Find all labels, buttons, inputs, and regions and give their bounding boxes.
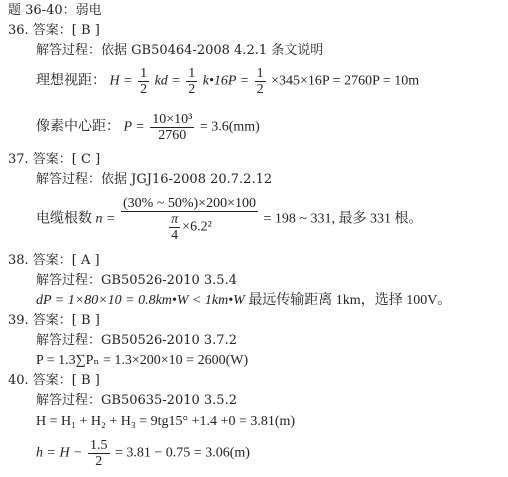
answer-37-formula-1: 电缆根数 n = (30% ~ 50%)×200×100 π4×6.2² = 1… xyxy=(36,196,422,243)
answer-40-formula-1: H = H₁ + H₂ + H₃ = 9tg15° +1.4 +0 = 3.81… xyxy=(36,414,295,430)
answer-40-label: 40. 答案：[ B ] xyxy=(8,373,100,389)
answer-39-process: 解答过程：GB50526-2010 3.7.2 xyxy=(36,333,237,349)
answer-36-process: 解答过程：依据 GB50464-2008 4.2.1 条文说明 xyxy=(36,43,323,59)
answer-40-process: 解答过程：GB50635-2010 3.5.2 xyxy=(36,393,237,409)
answer-39-label: 39. 答案：[ B ] xyxy=(8,313,100,329)
answer-38-process: 解答过程：GB50526-2010 3.5.4 xyxy=(36,273,237,289)
answer-40-formula-2: h = H − 1.52 = 3.81 − 0.75 = 3.06(m) xyxy=(36,438,250,469)
answer-36-label: 36. 答案：[ B ] xyxy=(8,23,100,39)
answer-37-label: 37. 答案：[ C ] xyxy=(8,152,100,168)
answer-37-process: 解答过程：依据 JGJ16-2008 20.7.2.12 xyxy=(36,172,272,188)
formula-label: 理想视距： xyxy=(36,74,106,89)
answer-38-label: 38. 答案：[ A ] xyxy=(8,253,100,269)
section-header: 题 36-40：弱电 xyxy=(8,3,102,19)
answer-38-formula-1: dP = 1×80×10 = 0.8km•W < 1km•W 最远传输距离 1k… xyxy=(36,293,451,309)
answer-36-formula-1: 理想视距： H = 12 kd = 12 k•16P = 12 ×345×16P… xyxy=(36,66,419,97)
answer-36-formula-2: 像素中心距： P = 10×10³2760 = 3.6(mm) xyxy=(36,112,260,143)
answer-39-formula-1: P = 1.3∑Pₙ = 1.3×200×10 = 2600(W) xyxy=(36,353,248,369)
